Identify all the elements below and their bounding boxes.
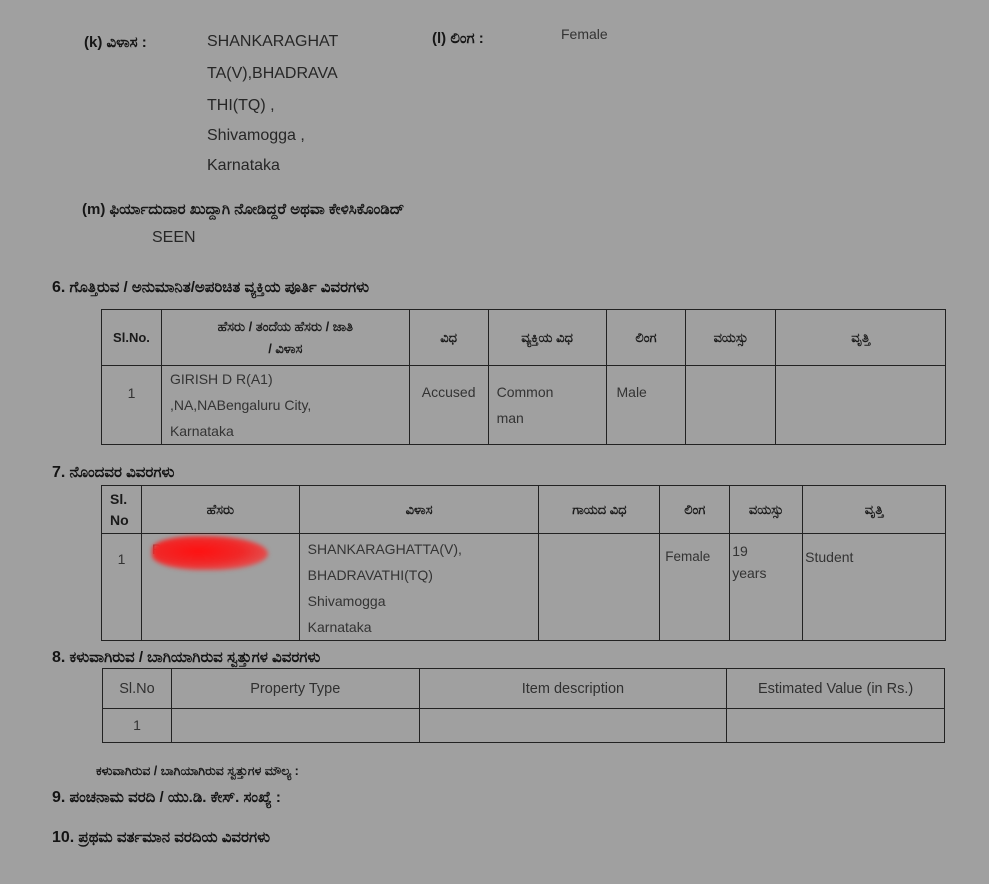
accused-type: Accused [410, 366, 488, 405]
accused-address-2: Karnataka [170, 418, 401, 444]
section-9-title: 9. ಪಂಚನಾಮ ವರದಿ / ಯು.ಡಿ. ಕೇಸ್. ಸಂಖ್ಯೆ : [52, 789, 281, 807]
address-label: (k) ವಿಳಾಸ : [84, 34, 147, 51]
header-name: ಹೆಸರು [141, 486, 299, 534]
victim-address-3: Shivamogga [308, 588, 531, 614]
address-line-2: TA(V),BHADRAVA [207, 65, 338, 83]
person-type-1: Common [497, 379, 598, 405]
header-gender: ಲಿಂಗ [660, 486, 730, 534]
header-sl-no: Sl.No. [102, 310, 162, 366]
section-7-title: 7. ನೊಂದವರ ವಿವರಗಳು [52, 464, 174, 482]
header-sl-no: Sl.No [103, 669, 172, 709]
victim-injury-type [539, 534, 659, 538]
accused-address-1: ,NA,NABengaluru City, [170, 392, 401, 418]
accused-gender: Male [607, 366, 686, 405]
gender-label: (l) ಲಿಂಗ : [432, 30, 484, 47]
victim-table-header: Sl. No ಹೆಸರು ವಿಳಾಸ ಗಾಯದ ವಿಧ ಲಿಂಗ ವಯಸ್ಸು … [102, 486, 946, 534]
property-table: Sl.No Property Type Item description Est… [102, 668, 945, 743]
header-estimated-value: Estimated Value (in Rs.) [727, 669, 945, 709]
accused-occupation [776, 366, 945, 370]
victim-age-2: years [732, 562, 800, 584]
address-line-5: Karnataka [207, 157, 280, 175]
header-address: ವಿಳಾಸ [299, 486, 539, 534]
victim-address-4: Karnataka [308, 614, 531, 640]
redaction-mark [152, 536, 268, 570]
table-row: 1 GIRISH D R(A1) ,NA,NABengaluru City, K… [102, 366, 946, 445]
estimated-value-cell [727, 709, 945, 743]
seen-or-heard-value: SEEN [152, 229, 196, 247]
header-sl-no: Sl. No [102, 486, 142, 534]
property-value-label: ಕಳುವಾಗಿರುವ / ಬಾಗಿಯಾಗಿರುವ ಸ್ವತ್ತುಗಳ ಮೌಲ್ಯ… [96, 764, 299, 779]
header-age: ವಯಸ್ಸು [730, 486, 803, 534]
address-line-4: Shivamogga , [207, 127, 305, 145]
victim-gender: Female [660, 534, 729, 570]
header-name-address: ಹೆಸರು / ತಂದೆಯ ಹೆಸರು / ಜಾತಿ / ವಿಳಾಸ [161, 310, 409, 366]
victim-occupation: Student [803, 534, 945, 570]
header-property-type: Property Type [171, 669, 419, 709]
table-row: 1 [103, 709, 945, 743]
victim-address-2: BHADRAVATHI(TQ) [308, 562, 531, 588]
header-gender: ಲಿಂಗ [606, 310, 686, 366]
property-type-cell [171, 709, 419, 743]
header-occupation: ವೃತ್ತಿ [803, 486, 946, 534]
accused-name: GIRISH D R(A1) [170, 366, 401, 392]
row-sl-no: 1 [102, 534, 141, 572]
accused-table-header: Sl.No. ಹೆಸರು / ತಂದೆಯ ಹೆಸರು / ಜಾತಿ / ವಿಳಾ… [102, 310, 946, 366]
seen-or-heard-label: (m) ಫಿರ್ಯಾದುದಾರ ಖುದ್ದಾಗಿ ನೋಡಿದ್ದರೆ ಅಥವಾ … [82, 201, 404, 218]
address-line-1: SHANKARAGHAT [207, 33, 338, 51]
header-injury-type: ಗಾಯದ ವಿಧ [539, 486, 660, 534]
accused-age [686, 366, 775, 370]
person-type-2: man [497, 405, 598, 431]
property-table-header: Sl.No Property Type Item description Est… [103, 669, 945, 709]
section-10-title: 10. ಪ್ರಥಮ ವರ್ತಮಾನ ವರದಿಯ ವಿವರಗಳು [52, 829, 270, 847]
header-person-type: ವ್ಯಕ್ತಿಯ ವಿಧ [488, 310, 606, 366]
item-description-cell [419, 709, 727, 743]
section-8-title: 8. ಕಳುವಾಗಿರುವ / ಬಾಗಿಯಾಗಿರುವ ಸ್ವತ್ತುಗಳ ವಿ… [52, 649, 320, 667]
row-sl-no: 1 [102, 366, 161, 406]
header-occupation: ವೃತ್ತಿ [776, 310, 946, 366]
gender-value: Female [561, 26, 608, 42]
victim-age-1: 19 [732, 540, 800, 562]
section-6-title: 6. ಗೊತ್ತಿರುವ / ಅನುಮಾನಿತ/ಅಪರಿಚಿತ ವ್ಯಕ್ತಿಯ… [52, 279, 369, 297]
victim-address-1: SHANKARAGHATTA(V), [308, 536, 531, 562]
header-item-description: Item description [419, 669, 727, 709]
header-age: ವಯಸ್ಸು [686, 310, 776, 366]
address-line-3: THI(TQ) , [207, 97, 275, 115]
row-sl-no: 1 [103, 709, 171, 733]
accused-table: Sl.No. ಹೆಸರು / ತಂದೆಯ ಹೆಸರು / ಜಾತಿ / ವಿಳಾ… [101, 309, 946, 445]
header-type: ವಿಧ [409, 310, 488, 366]
